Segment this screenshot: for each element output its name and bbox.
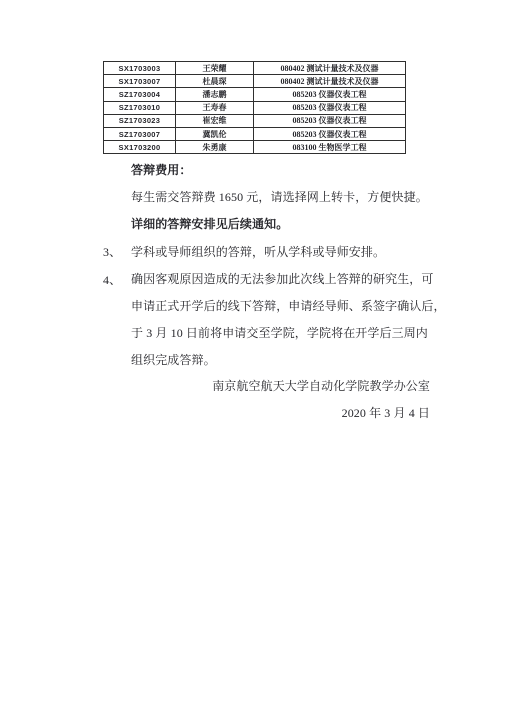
student-id-cell: SX1703007 [104, 75, 176, 88]
paragraph-line: 确因客观原因造成的无法参加此次线上答辩的研究生，可 [131, 266, 441, 293]
student-name-cell: 崔宏维 [176, 114, 254, 127]
program-cell: 085203 仪器仪表工程 [254, 127, 406, 140]
student-name-cell: 王寿春 [176, 101, 254, 114]
program-cell: 080402 测试计量技术及仪器 [254, 62, 406, 75]
paragraph-line: 组织完成答辩。 [131, 347, 441, 374]
student-name-cell: 朱勇康 [176, 141, 254, 154]
student-name-cell: 杜晨琛 [176, 75, 254, 88]
notice-line: 详细的答辩安排见后续通知。 [131, 217, 288, 231]
item3-number: 3、 [103, 245, 121, 259]
student-name-cell: 冀凯伦 [176, 127, 254, 140]
program-cell: 080402 测试计量技术及仪器 [254, 75, 406, 88]
program-cell: 085203 仪器仪表工程 [254, 88, 406, 101]
program-cell: 085203 仪器仪表工程 [254, 101, 406, 114]
student-id-cell: SZ1703010 [104, 101, 176, 114]
signature-date: 2020 年 3 月 4 日 [103, 406, 430, 420]
student-roster-table: SX1703003王荣耀080402 测试计量技术及仪器SX1703007杜晨琛… [103, 61, 406, 154]
document-page: SX1703003王荣耀080402 测试计量技术及仪器SX1703007杜晨琛… [0, 0, 506, 716]
table-row: SX1703003王荣耀080402 测试计量技术及仪器 [104, 62, 406, 75]
paragraph-line: 于 3 月 10 日前将申请交至学院，学院将在开学后三周内 [131, 320, 441, 347]
table-row: SZ1703007冀凯伦085203 仪器仪表工程 [104, 127, 406, 140]
program-cell: 083100 生物医学工程 [254, 141, 406, 154]
table-row: SZ1703010王寿春085203 仪器仪表工程 [104, 101, 406, 114]
student-name-cell: 王荣耀 [176, 62, 254, 75]
program-cell: 085203 仪器仪表工程 [254, 114, 406, 127]
item3-text: 学科或导师组织的答辩，听从学科或导师安排。 [131, 245, 385, 259]
paragraph-line: 申请正式开学后的线下答辩，申请经导师、系签字确认后， [131, 293, 441, 320]
table-row: SX1703007杜晨琛080402 测试计量技术及仪器 [104, 75, 406, 88]
table-row: SX1703200朱勇康083100 生物医学工程 [104, 141, 406, 154]
fee-heading: 答辩费用： [131, 163, 192, 177]
student-name-cell: 潘志鹏 [176, 88, 254, 101]
table-row: SZ1703004潘志鹏085203 仪器仪表工程 [104, 88, 406, 101]
student-id-cell: SX1703003 [104, 62, 176, 75]
student-id-cell: SX1703200 [104, 141, 176, 154]
student-id-cell: SZ1703004 [104, 88, 176, 101]
student-id-cell: SZ1703023 [104, 114, 176, 127]
student-id-cell: SZ1703007 [104, 127, 176, 140]
item4-number: 4、 [103, 273, 121, 287]
signature-org: 南京航空航天大学自动化学院教学办公室 [103, 379, 430, 393]
roster-table-body: SX1703003王荣耀080402 测试计量技术及仪器SX1703007杜晨琛… [104, 62, 406, 154]
item4-paragraph: 确因客观原因造成的无法参加此次线上答辩的研究生，可申请正式开学后的线下答辩，申请… [131, 266, 441, 374]
table-row: SZ1703023崔宏维085203 仪器仪表工程 [104, 114, 406, 127]
fee-amount-line: 每生需交答辩费 1650 元，请选择网上转卡，方便快捷。 [131, 190, 428, 204]
